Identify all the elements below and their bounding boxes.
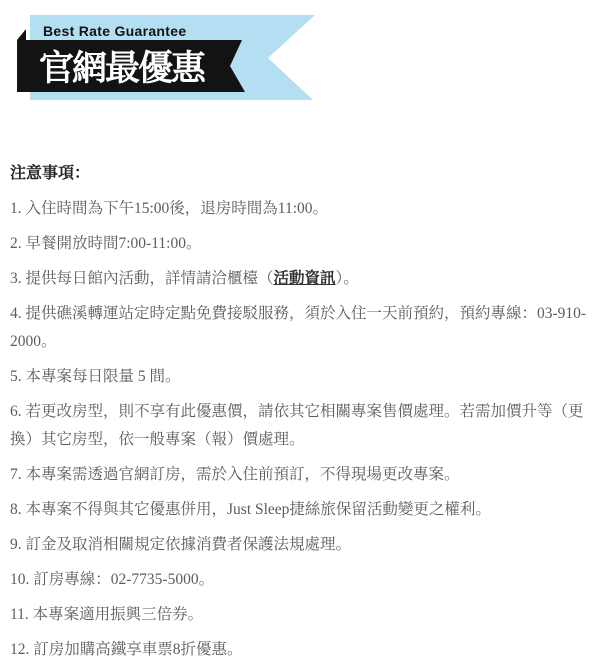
note-item-10: 10. 訂房專線：02-7735-5000。	[10, 566, 596, 594]
note-item-7: 7. 本專案需透過官網訂房，需於入住前預訂，不得現場更改專案。	[10, 461, 596, 489]
note-item-9: 9. 訂金及取消相關規定依據消費者保護法規處理。	[10, 531, 596, 559]
note-item-11: 11. 本專案適用振興三倍券。	[10, 601, 596, 629]
note-text: 4. 提供礁溪轉運站定時定點免費接駁服務，須於入住一天前預約，預約專線：03-9…	[10, 300, 596, 328]
note-item-8: 8. 本專案不得與其它優惠併用，Just Sleep捷絲旅保留活動變更之權利。	[10, 496, 596, 524]
note-text: 12. 訂房加購高鐵享車票8折優惠。	[10, 636, 596, 664]
best-rate-banner: Best Rate Guarantee 官網最優惠	[0, 0, 600, 130]
note-text: 3. 提供每日館內活動，詳情請洽櫃檯（活動資訊）。	[10, 265, 596, 293]
banner-title: 官網最優惠	[39, 40, 204, 92]
note-text: 1. 入住時間為下午15:00後，退房時間為11:00。	[10, 195, 596, 223]
note-text: 5. 本專案每日限量 5 間。	[10, 363, 596, 391]
note-item-4: 4. 提供礁溪轉運站定時定點免費接駁服務，須於入住一天前預約，預約專線：03-9…	[10, 300, 596, 356]
note-text: 8. 本專案不得與其它優惠併用，Just Sleep捷絲旅保留活動變更之權利。	[10, 496, 596, 524]
note-text-suffix: ）。	[336, 270, 359, 287]
note-text: 2000。	[10, 328, 596, 356]
activity-info-link[interactable]: 活動資訊	[274, 270, 336, 287]
note-item-1: 1. 入住時間為下午15:00後，退房時間為11:00。	[10, 195, 596, 223]
notice-section: 注意事項： 1. 入住時間為下午15:00後，退房時間為11:00。 2. 早餐…	[10, 160, 596, 671]
note-item-6: 6. 若更改房型，則不享有此優惠價，請依其它相關專案售價處理。若需加價升等（更 …	[10, 398, 596, 454]
note-item-3: 3. 提供每日館內活動，詳情請洽櫃檯（活動資訊）。	[10, 265, 596, 293]
note-text: 2. 早餐開放時間7:00-11:00。	[10, 230, 596, 258]
note-text: 11. 本專案適用振興三倍券。	[10, 601, 596, 629]
banner-subtitle: Best Rate Guarantee	[43, 23, 186, 39]
note-item-5: 5. 本專案每日限量 5 間。	[10, 363, 596, 391]
note-item-2: 2. 早餐開放時間7:00-11:00。	[10, 230, 596, 258]
note-text: 換）其它房型，依一般專案（報）價處理。	[10, 426, 596, 454]
note-text: 6. 若更改房型，則不享有此優惠價，請依其它相關專案售價處理。若需加價升等（更	[10, 398, 596, 426]
notice-heading: 注意事項：	[10, 160, 596, 188]
note-text: 7. 本專案需透過官網訂房，需於入住前預訂，不得現場更改專案。	[10, 461, 596, 489]
note-item-12: 12. 訂房加購高鐵享車票8折優惠。	[10, 636, 596, 664]
note-text: 9. 訂金及取消相關規定依據消費者保護法規處理。	[10, 531, 596, 559]
note-text: 10. 訂房專線：02-7735-5000。	[10, 566, 596, 594]
note-text-prefix: 3. 提供每日館內活動，詳情請洽櫃檯（	[10, 270, 274, 287]
